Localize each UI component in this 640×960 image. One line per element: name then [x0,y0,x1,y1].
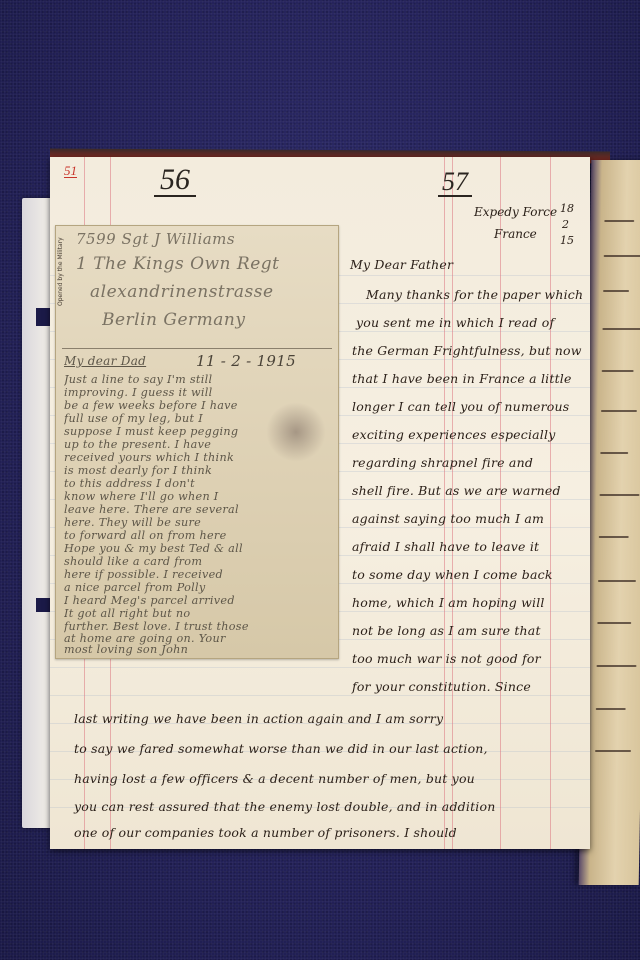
postcard-line: It got all right but no [64,607,330,620]
letter-line: regarding shrapnel fire and [352,455,533,470]
letter-line: last writing we have been in action agai… [74,711,443,726]
postcard-line: I heard Meg's parcel arrived [64,594,330,607]
right-page-number: 57 [438,169,472,197]
letter-line: too much war is not good for [352,651,541,666]
letter-line: you can rest assured that the enemy lost… [74,799,495,814]
flap-handwriting [603,290,629,292]
postcard-address-line: 7599 Sgt J Williams [76,230,330,248]
flap-handwriting [599,536,629,538]
postcard-line: most loving son John [64,643,330,656]
letter-line: longer I can tell you of numerous [352,399,569,414]
flap-handwriting [602,370,634,372]
flap-handwriting [597,622,631,624]
postcard-margin-note: Opened by the Military [57,236,69,306]
flap-handwriting [596,708,626,710]
letter-date-year: 15 [560,235,574,246]
flap-handwriting [599,494,639,496]
postcard-line: to forward all on from here [64,529,330,542]
flap-handwriting [598,580,636,582]
letter-line: against saying too much I am [352,511,544,526]
postcard-divider [62,348,332,351]
postcard-line: a nice parcel from Polly [64,581,330,594]
postcard-date: 11 - 2 - 1915 [196,352,330,370]
letter-date-day: 18 [560,203,574,214]
letter-line: the German Frightfulness, but now [352,343,582,358]
letter-line: home, which I am hoping will [352,595,545,610]
letter-line: to say we fared somewhat worse than we d… [74,741,488,756]
pasted-postcard: Opened by the Military 7599 Sgt J Willia… [55,225,339,659]
flap-handwriting [604,220,634,222]
letter-location-line-2: France [494,227,537,241]
letter-line: that I have been in France a little [352,371,572,386]
letter-salutation: My Dear Father [350,257,453,272]
postcard-line: should like a card from [64,555,330,568]
letter-line: one of our companies took a number of pr… [74,825,457,840]
letter-line: exciting experiences especially [352,427,555,442]
postcard-line: is most dearly for I think [64,464,330,477]
letter-line: you sent me in which I read of [356,315,554,330]
ink-stain [266,402,326,462]
postcard-address-line: 1 The Kings Own Regt [76,254,330,274]
flap-handwriting [602,328,640,330]
postcard-address-line: Berlin Germany [102,310,330,330]
letter-date-month: 2 [562,219,569,230]
postcard-line: Hope you & my best Ted & all [64,542,330,555]
postcard-line: improving. I guess it will [64,386,330,399]
postcard-line: here if possible. I received [64,568,330,581]
left-page-number: 56 [154,165,196,197]
letter-line: Many thanks for the paper which [366,287,583,302]
notebook-page: 51 56 57 Expedy Force France 18 2 15 My … [50,157,590,849]
postcard-line: here. They will be sure [64,516,330,529]
letter-line: shell fire. But as we are warned [352,483,561,498]
letter-line: not be long as I am sure that [352,623,541,638]
postcard-line: leave here. There are several [64,503,330,516]
letter-location-line-1: Expedy Force [474,205,557,219]
flap-handwriting [596,665,636,667]
postcard-line: know where I'll go when I [64,490,330,503]
letter-line: for your constitution. Since [352,679,531,694]
flap-handwriting [601,410,637,412]
letter-line: having lost a few officers & a decent nu… [74,771,475,786]
red-page-marker: 51 [64,165,77,178]
postcard-line: Just a line to say I'm still [64,373,330,386]
letter-line: to some day when I come back [352,567,553,582]
postcard-line: to this address I don't [64,477,330,490]
letter-line: afraid I shall have to leave it [352,539,539,554]
flap-handwriting [595,750,631,752]
postcard-address-line: alexandrinenstrasse [90,282,330,302]
flap-handwriting [604,255,640,257]
flap-handwriting [600,452,628,454]
